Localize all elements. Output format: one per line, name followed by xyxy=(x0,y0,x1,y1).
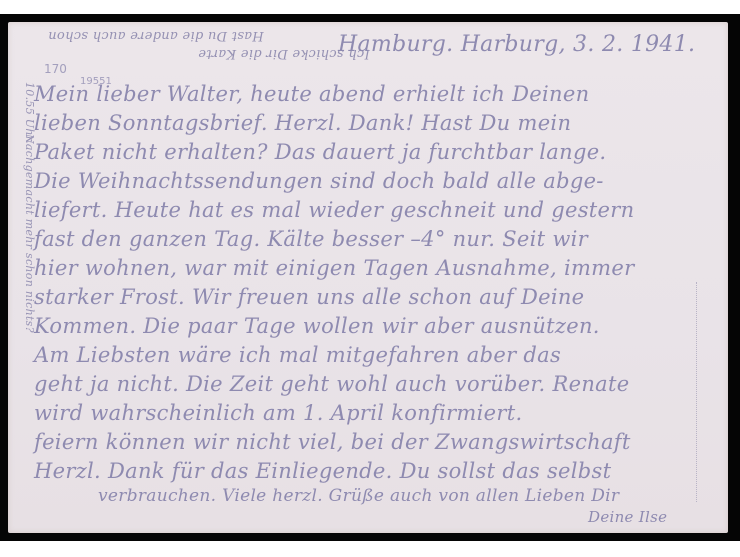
letter-line: Am Liebsten wäre ich mal mitgefahren abe… xyxy=(34,343,561,367)
place-date: Hamburg. Harburg, 3. 2. 1941. xyxy=(338,32,695,57)
letter-line: wird wahrscheinlich am 1. April konfirmi… xyxy=(34,401,522,425)
letter-line: feiern können wir nicht viel, bei der Zw… xyxy=(34,430,631,454)
dotted-fold-line xyxy=(696,282,697,502)
signature: Deine Ilse xyxy=(588,508,667,526)
letter-line: Die Weihnachtssendungen sind doch bald a… xyxy=(34,169,604,193)
letter-line: liefert. Heute hat es mal wieder geschne… xyxy=(34,198,634,222)
letter-line: fast den ganzen Tag. Kälte besser –4° nu… xyxy=(34,227,588,251)
letter-line: geht ja nicht. Die Zeit geht wohl auch v… xyxy=(34,372,629,396)
letter-line: starker Frost. Wir freuen uns alle schon… xyxy=(34,285,584,309)
black-background-frame: Hast Du die andere auch schon Ich schick… xyxy=(0,14,740,541)
letter-line: Kommen. Die paar Tage wollen wir aber au… xyxy=(34,314,600,338)
letter-line: Paket nicht erhalten? Das dauert ja furc… xyxy=(34,140,606,164)
upside-down-note-1: Hast Du die andere auch schon xyxy=(48,28,264,43)
postcard: Hast Du die andere auch schon Ich schick… xyxy=(8,22,728,533)
archive-number-1: 170 xyxy=(44,62,67,76)
letter-line: hier wohnen, war mit einigen Tagen Ausna… xyxy=(34,256,634,280)
letter-line: Mein lieber Walter, heute abend erhielt … xyxy=(34,82,589,106)
letter-line: Herzl. Dank für das Einliegende. Du soll… xyxy=(34,459,611,483)
letter-line: verbrauchen. Viele herzl. Grüße auch von… xyxy=(98,486,619,506)
letter-line: lieben Sonntagsbrief. Herzl. Dank! Hast … xyxy=(34,111,571,135)
